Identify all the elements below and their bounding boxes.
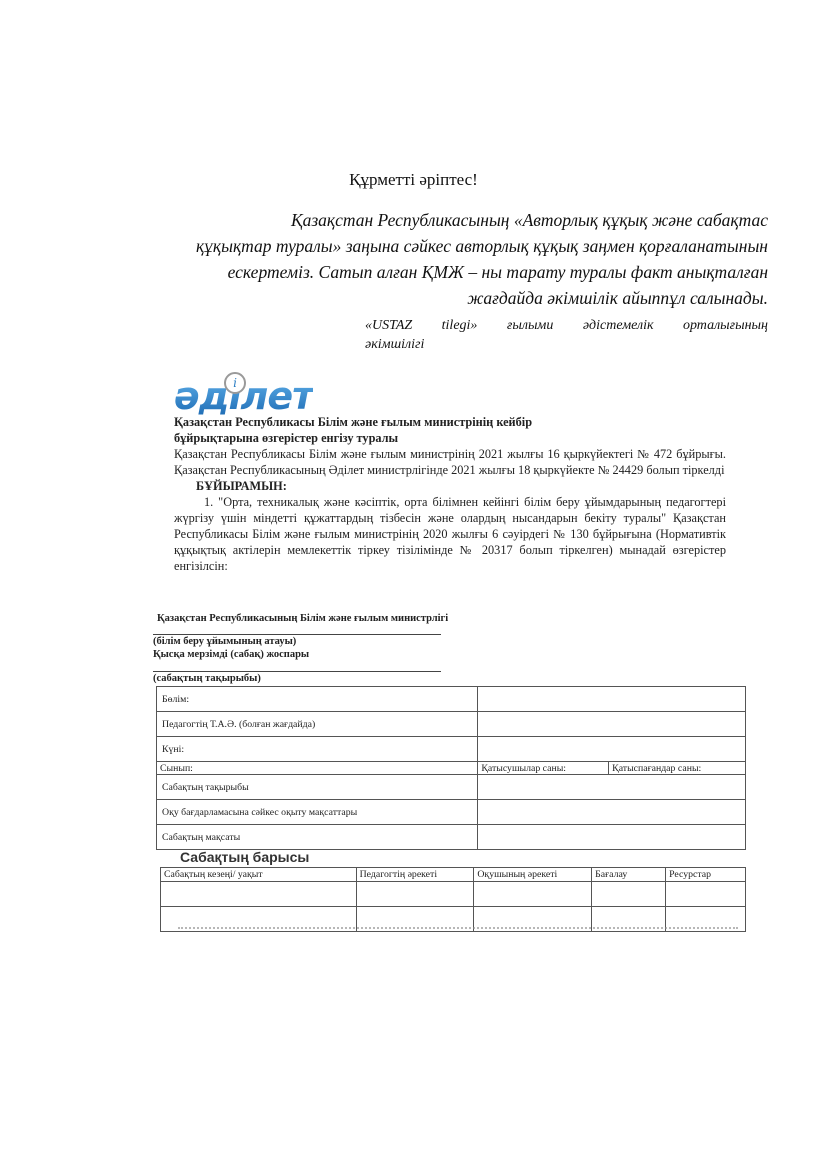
table-cell-label: Күні: (157, 737, 478, 762)
order-text: Қазақстан Республикасы Білім және ғылым … (174, 414, 726, 574)
table-cell-label: Сынып: (157, 762, 478, 775)
table-row: Педагогтің Т.А.Ә. (болған жағдайда) (157, 712, 746, 737)
table-header-row: Сабақтың кезеңі/ уақыт Педагогтің әрекет… (161, 868, 746, 882)
order-title-line: бұйрықтарына өзгерістер енгізу туралы (174, 430, 726, 446)
signature-line2: әкімшілігі (365, 335, 768, 354)
table-cell-label: Қатысушылар саны: (478, 762, 609, 775)
lesson-progress-table: Сабақтың кезеңі/ уақыт Педагогтің әрекет… (160, 867, 746, 932)
table-cell-label: Сабақтың мақсаты (157, 825, 478, 850)
table-cell (356, 882, 474, 907)
table-cell (666, 882, 746, 907)
table-cell-label: Сабақтың тақырыбы (157, 775, 478, 800)
lesson-info-table: Бөлім: Педагогтің Т.А.Ә. (болған жағдайд… (156, 686, 746, 850)
ministry-heading: Қазақстан Республикасының Білім және ғыл… (157, 613, 748, 624)
table-cell-value (478, 775, 746, 800)
column-header: Сабақтың кезеңі/ уақыт (161, 868, 357, 882)
signature-word: «USTAZ (365, 316, 412, 335)
table-cell-value (478, 800, 746, 825)
column-header: Педагогтің әрекеті (356, 868, 474, 882)
greeting-heading: Құрметті әріптес! (0, 170, 827, 190)
order-title-line: Қазақстан Республикасы Білім және ғылым … (174, 414, 726, 430)
signature-word: орталығының (683, 316, 768, 335)
order-command: БҰЙЫРАМЫН: (174, 478, 726, 494)
table-row: Сабақтың тақырыбы (157, 775, 746, 800)
clipped-text-line (178, 927, 738, 932)
table-row: Бөлім: (157, 687, 746, 712)
notice-line: Қазақстан Республикасының «Авторлық құқы… (120, 207, 768, 233)
table-row: Күні: (157, 737, 746, 762)
order-preamble: Қазақстан Республикасы Білім және ғылым … (174, 446, 726, 478)
table-cell-label: Қатыспағандар саны: (609, 762, 746, 775)
signature-word: әдістемелік (583, 316, 654, 335)
table-cell-value (478, 712, 746, 737)
table-cell-label: Бөлім: (157, 687, 478, 712)
copyright-notice: Қазақстан Республикасының «Авторлық құқы… (120, 207, 768, 311)
table-cell-value (478, 825, 746, 850)
adilet-logo: әділет i (174, 372, 313, 416)
table-cell-label: Оқу бағдарламасына сәйкес оқыту мақсатта… (157, 800, 478, 825)
table-row: Сынып: Қатысушылар саны: Қатыспағандар с… (157, 762, 746, 775)
table-cell-value (478, 687, 746, 712)
table-cell (474, 882, 592, 907)
signature-block: «USTAZ tilegi» ғылыми әдістемелік орталы… (365, 316, 768, 354)
lesson-plan-form: Қазақстан Республикасының Білім және ғыл… (153, 613, 748, 685)
progress-title: Сабақтың барысы (180, 849, 309, 865)
notice-line: жағдайда әкімшілік айыппұл салынады. (120, 285, 768, 311)
topic-caption: (сабақтың тақырыбы) (153, 672, 748, 685)
info-bubble-icon: i (224, 372, 246, 394)
column-header: Бағалау (592, 868, 666, 882)
notice-line: ескертеміз. Сатып алған ҚМЖ – ны тарату … (120, 259, 768, 285)
column-header: Ресурстар (666, 868, 746, 882)
table-row: Оқу бағдарламасына сәйкес оқыту мақсатта… (157, 800, 746, 825)
table-row: Сабақтың мақсаты (157, 825, 746, 850)
embedded-document-image: әділет i Қазақстан Республикасы Білім жә… (148, 370, 760, 932)
org-name-caption: (білім беру ұйымының атауы) (153, 635, 748, 648)
signature-word: tilegi» (442, 316, 478, 335)
column-header: Оқушының әрекеті (474, 868, 592, 882)
table-cell-value (478, 737, 746, 762)
notice-line: құқықтар туралы» заңына сәйкес авторлық … (120, 233, 768, 259)
table-cell (161, 882, 357, 907)
order-paragraph: 1. "Орта, техникалық және кәсіптік, орта… (174, 494, 726, 574)
table-row (161, 882, 746, 907)
plan-title: Қысқа мерзімді (сабақ) жоспары (153, 648, 748, 661)
signature-word: ғылыми (507, 316, 553, 335)
table-cell (592, 882, 666, 907)
table-cell-label: Педагогтің Т.А.Ә. (болған жағдайда) (157, 712, 478, 737)
